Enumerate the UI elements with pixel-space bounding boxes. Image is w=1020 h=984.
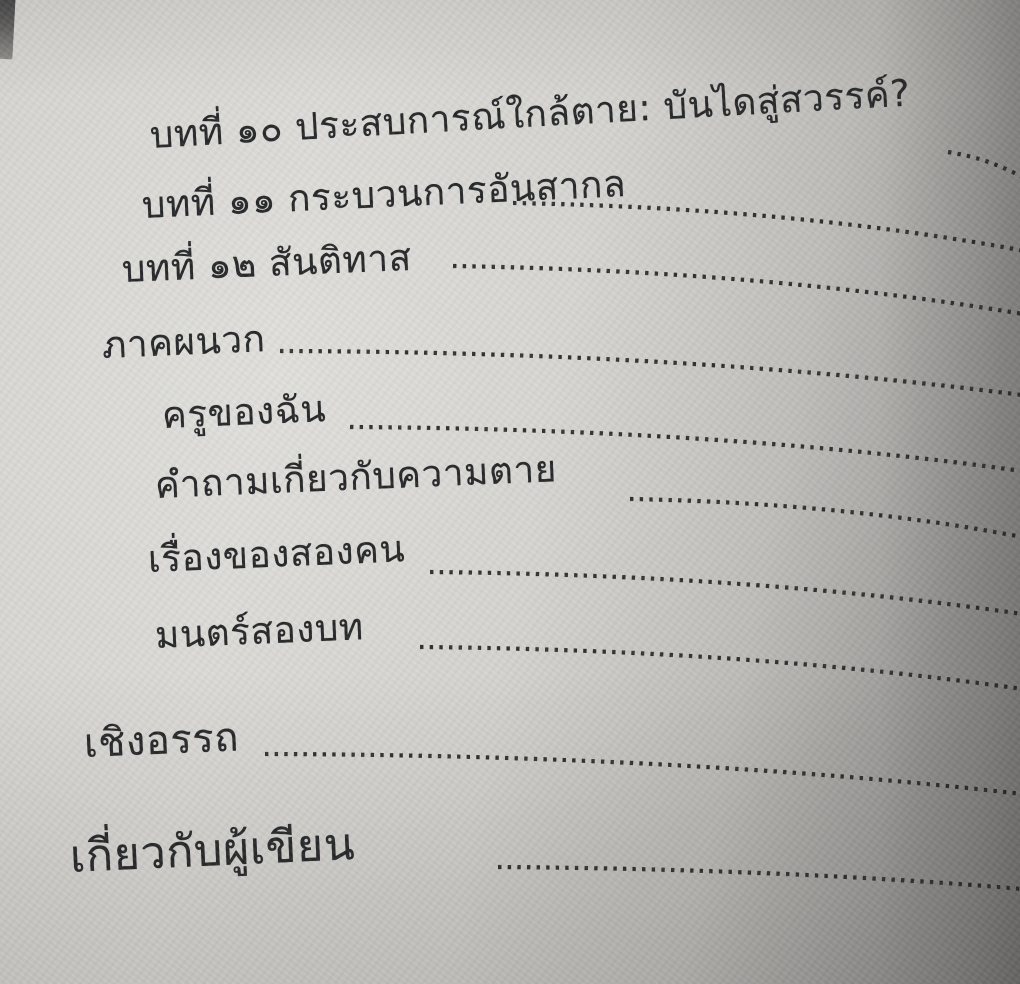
toc-entry-label: เชิงอรรถ (83, 715, 240, 767)
leader-dots (265, 754, 1020, 794)
dotted-leader (498, 861, 1020, 921)
leader-dots (948, 152, 1020, 178)
toc-entry-label: ครูของฉัน (161, 387, 327, 437)
dotted-leader (453, 260, 1020, 320)
dotted-leader (513, 197, 1020, 257)
toc-entry-questions-about-death: คำถามเกี่ยวกับความตาย (154, 445, 558, 510)
toc-entry-footnotes: เชิงอรรถ (83, 712, 240, 770)
dotted-leader (430, 566, 1020, 626)
leader-dots (420, 647, 1020, 689)
leader-dots (513, 203, 1020, 251)
toc-entry-chapter-12: บทที่ ๑๒ สันติทาส (121, 234, 413, 294)
toc-entry-my-teacher: ครูของฉัน (161, 385, 327, 440)
leader-dots (630, 499, 1020, 537)
leader-dots (453, 266, 1020, 314)
toc-entry-label: บทที่ ๑๐ ประสบการณ์ใกล้ตาย: บันไดสู่สวรร… (149, 72, 912, 157)
toc-entry-label: บทที่ ๑๒ สันติทาส (121, 236, 412, 291)
toc-entry-label: เกี่ยวกับผู้เขียน (69, 817, 356, 883)
toc-entry-appendix: ภาคผนวก (101, 315, 266, 370)
toc-entry-about-the-author: เกี่ยวกับผู้เขียน (69, 815, 357, 886)
leader-dots (498, 867, 1020, 889)
leader-dots (280, 351, 1020, 395)
photo-edge-artifact (0, 0, 16, 59)
toc-entry-label: ภาคผนวก (101, 317, 266, 367)
toc-entry-label: มนตร์สองบท (154, 605, 364, 657)
dotted-leader (265, 748, 1020, 808)
toc-entry-label: คำถามเกี่ยวกับความตาย (154, 447, 558, 507)
leader-dots (430, 572, 1020, 614)
toc-entry-label: เรื่องของสองคน (147, 527, 406, 581)
dotted-leader (630, 493, 1020, 553)
dotted-leader (420, 641, 1020, 701)
toc-entry-two-mantras: มนตร์สองบท (154, 603, 365, 660)
dotted-leader (280, 345, 1020, 405)
toc-entry-story-of-two-people: เรื่องของสองคน (147, 525, 406, 584)
book-page-photo: บทที่ ๑๐ ประสบการณ์ใกล้ตาย: บันไดสู่สวรร… (0, 0, 1020, 984)
toc-entry-chapter-10: บทที่ ๑๐ ประสบการณ์ใกล้ตาย: บันไดสู่สวรร… (149, 70, 912, 161)
